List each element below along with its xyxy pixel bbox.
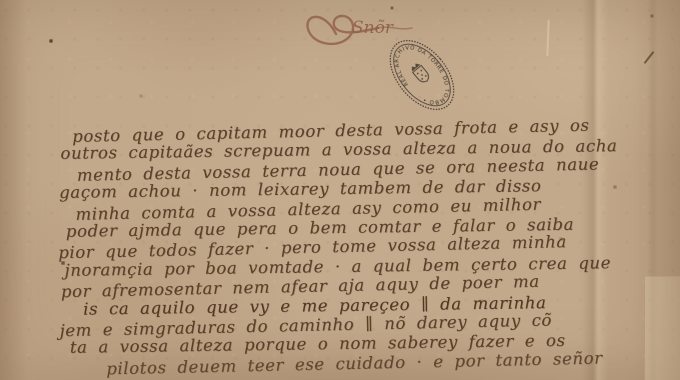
paper-specks	[0, 0, 2, 2]
manuscript-page: Snõr REAL ARCHIVO DA TORRE DO TOMBO • po…	[0, 0, 680, 380]
stamp-coat-of-arms-icon	[410, 62, 431, 85]
paper-patch	[644, 276, 680, 380]
salutation-text: Snõr	[352, 18, 394, 38]
manuscript-text: posto que o capitam moor desta vossa fro…	[56, 116, 640, 378]
scratch-mark-light	[546, 20, 549, 56]
